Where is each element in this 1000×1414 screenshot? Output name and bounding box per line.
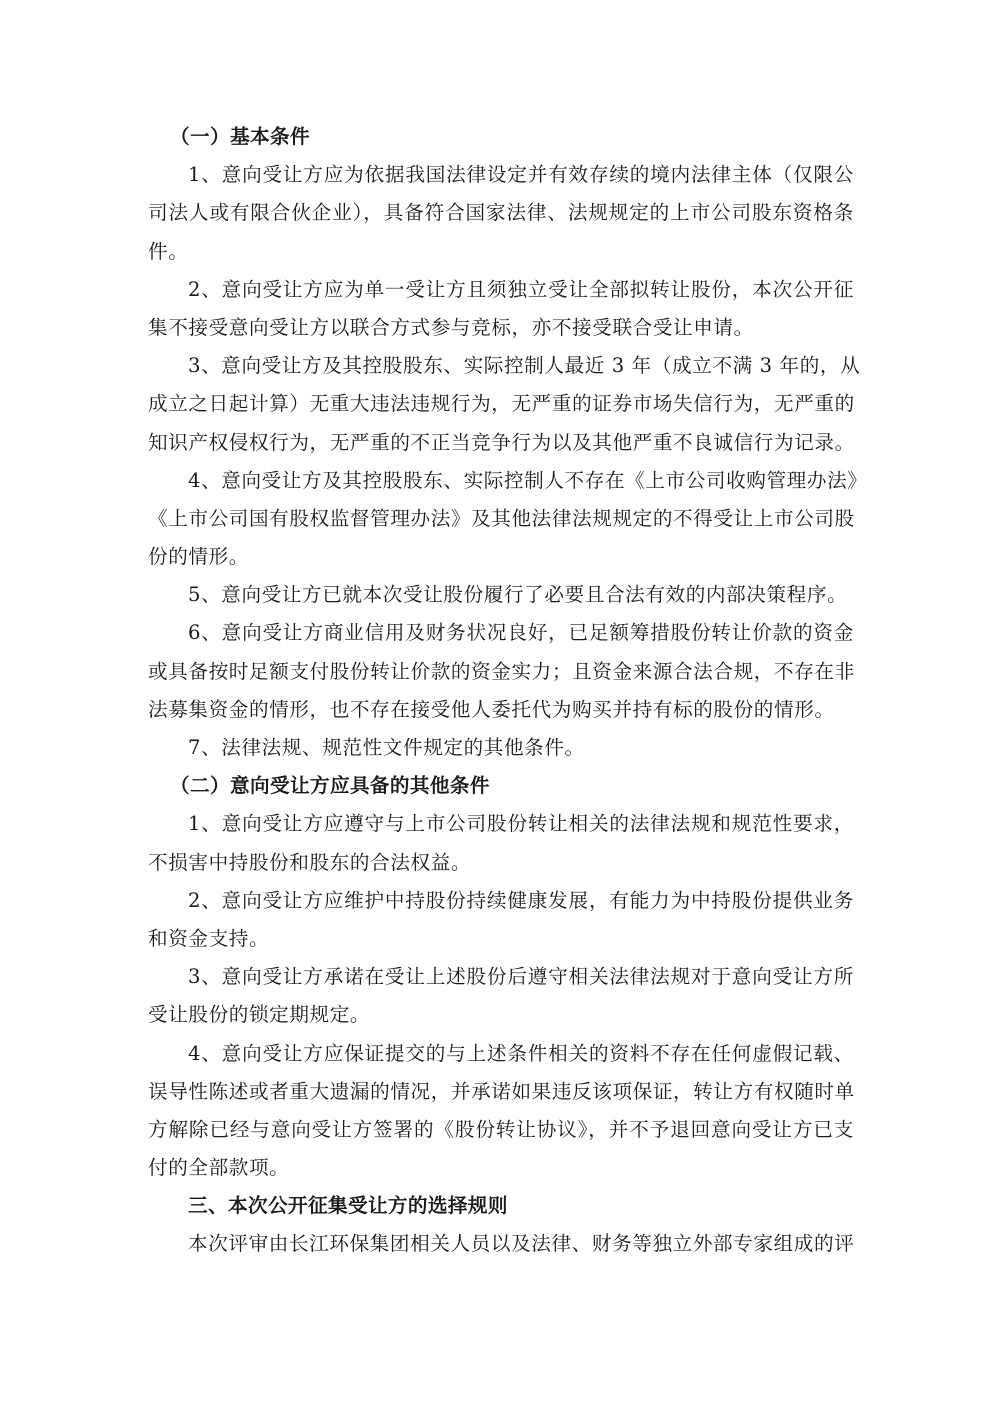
paragraph-line: 2、意向受让方应维护中持股份持续健康发展，有能力为中持股份提供业务 <box>148 882 854 920</box>
paragraph-line: 受让股份的锁定期规定。 <box>148 996 854 1034</box>
paragraph-line: 1、意向受让方应为依据我国法律设定并有效存续的境内法律主体（仅限公 <box>148 156 854 194</box>
other-condition-item-3: 3、意向受让方承诺在受让上述股份后遵守相关法律法规对于意向受让方所 受让股份的锁… <box>148 958 854 1034</box>
document-page: （一）基本条件 1、意向受让方应为依据我国法律设定并有效存续的境内法律主体（仅限… <box>148 118 854 1264</box>
paragraph-line: 件。 <box>148 233 854 271</box>
paragraph-line: 5、意向受让方已就本次受让股份履行了必要且合法有效的内部决策程序。 <box>148 576 854 614</box>
section-heading-other-conditions: （二）意向受让方应具备的其他条件 <box>148 767 854 805</box>
paragraph-line: 和资金支持。 <box>148 920 854 958</box>
paragraph-line: 知识产权侵权行为，无严重的不正当竞争行为以及其他严重不良诚信行为记录。 <box>148 424 854 462</box>
paragraph-line: 4、意向受让方及其控股股东、实际控制人不存在《上市公司收购管理办法》 <box>148 462 854 500</box>
paragraph-line: 7、法律法规、规范性文件规定的其他条件。 <box>148 729 854 767</box>
paragraph-line: 本次评审由长江环保集团相关人员以及法律、财务等独立外部专家组成的评 <box>148 1225 854 1263</box>
paragraph-line: 误导性陈述或者重大遗漏的情况，并承诺如果违反该项保证，转让方有权随时单 <box>148 1073 854 1111</box>
paragraph-line: 法募集资金的情形，也不存在接受他人委托代为购买并持有标的股份的情形。 <box>148 691 854 729</box>
paragraph-line: 方解除已经与意向受让方签署的《股份转让协议》，并不予退回意向受让方已支 <box>148 1111 854 1149</box>
condition-item-6: 6、意向受让方商业信用及财务状况良好，已足额筹措股份转让价款的资金 或具备按时足… <box>148 614 854 729</box>
other-condition-item-4: 4、意向受让方应保证提交的与上述条件相关的资料不存在任何虚假记载、 误导性陈述或… <box>148 1035 854 1188</box>
paragraph-line: 《上市公司国有股权监督管理办法》及其他法律法规规定的不得受让上市公司股 <box>148 500 854 538</box>
paragraph-line: 司法人或有限合伙企业），具备符合国家法律、法规规定的上市公司股东资格条 <box>148 194 854 232</box>
condition-item-2: 2、意向受让方应为单一受让方且须独立受让全部拟转让股份，本次公开征 集不接受意向… <box>148 271 854 347</box>
paragraph-line: 4、意向受让方应保证提交的与上述条件相关的资料不存在任何虚假记载、 <box>148 1035 854 1073</box>
paragraph-line: 3、意向受让方及其控股股东、实际控制人最近 3 年（成立不满 3 年的，从 <box>148 347 854 385</box>
paragraph-line: 6、意向受让方商业信用及财务状况良好，已足额筹措股份转让价款的资金 <box>148 614 854 652</box>
condition-item-4: 4、意向受让方及其控股股东、实际控制人不存在《上市公司收购管理办法》 《上市公司… <box>148 462 854 577</box>
other-condition-item-2: 2、意向受让方应维护中持股份持续健康发展，有能力为中持股份提供业务 和资金支持。 <box>148 882 854 958</box>
paragraph-line: 份的情形。 <box>148 538 854 576</box>
selection-rules-paragraph: 本次评审由长江环保集团相关人员以及法律、财务等独立外部专家组成的评 <box>148 1225 854 1263</box>
paragraph-line: 不损害中持股份和股东的合法权益。 <box>148 844 854 882</box>
condition-item-3: 3、意向受让方及其控股股东、实际控制人最近 3 年（成立不满 3 年的，从 成立… <box>148 347 854 462</box>
paragraph-line: 3、意向受让方承诺在受让上述股份后遵守相关法律法规对于意向受让方所 <box>148 958 854 996</box>
paragraph-line: 集不接受意向受让方以联合方式参与竞标，亦不接受联合受让申请。 <box>148 309 854 347</box>
condition-item-7: 7、法律法规、规范性文件规定的其他条件。 <box>148 729 854 767</box>
condition-item-5: 5、意向受让方已就本次受让股份履行了必要且合法有效的内部决策程序。 <box>148 576 854 614</box>
paragraph-line: 或具备按时足额支付股份转让价款的资金实力；且资金来源合法合规，不存在非 <box>148 653 854 691</box>
section-heading-selection-rules: 三、本次公开征集受让方的选择规则 <box>148 1187 854 1225</box>
other-condition-item-1: 1、意向受让方应遵守与上市公司股份转让相关的法律法规和规范性要求， 不损害中持股… <box>148 805 854 881</box>
condition-item-1: 1、意向受让方应为依据我国法律设定并有效存续的境内法律主体（仅限公 司法人或有限… <box>148 156 854 271</box>
paragraph-line: 付的全部款项。 <box>148 1149 854 1187</box>
paragraph-line: 2、意向受让方应为单一受让方且须独立受让全部拟转让股份，本次公开征 <box>148 271 854 309</box>
paragraph-line: 1、意向受让方应遵守与上市公司股份转让相关的法律法规和规范性要求， <box>148 805 854 843</box>
section-heading-basic-conditions: （一）基本条件 <box>148 118 854 156</box>
paragraph-line: 成立之日起计算）无重大违法违规行为，无严重的证券市场失信行为，无严重的 <box>148 385 854 423</box>
